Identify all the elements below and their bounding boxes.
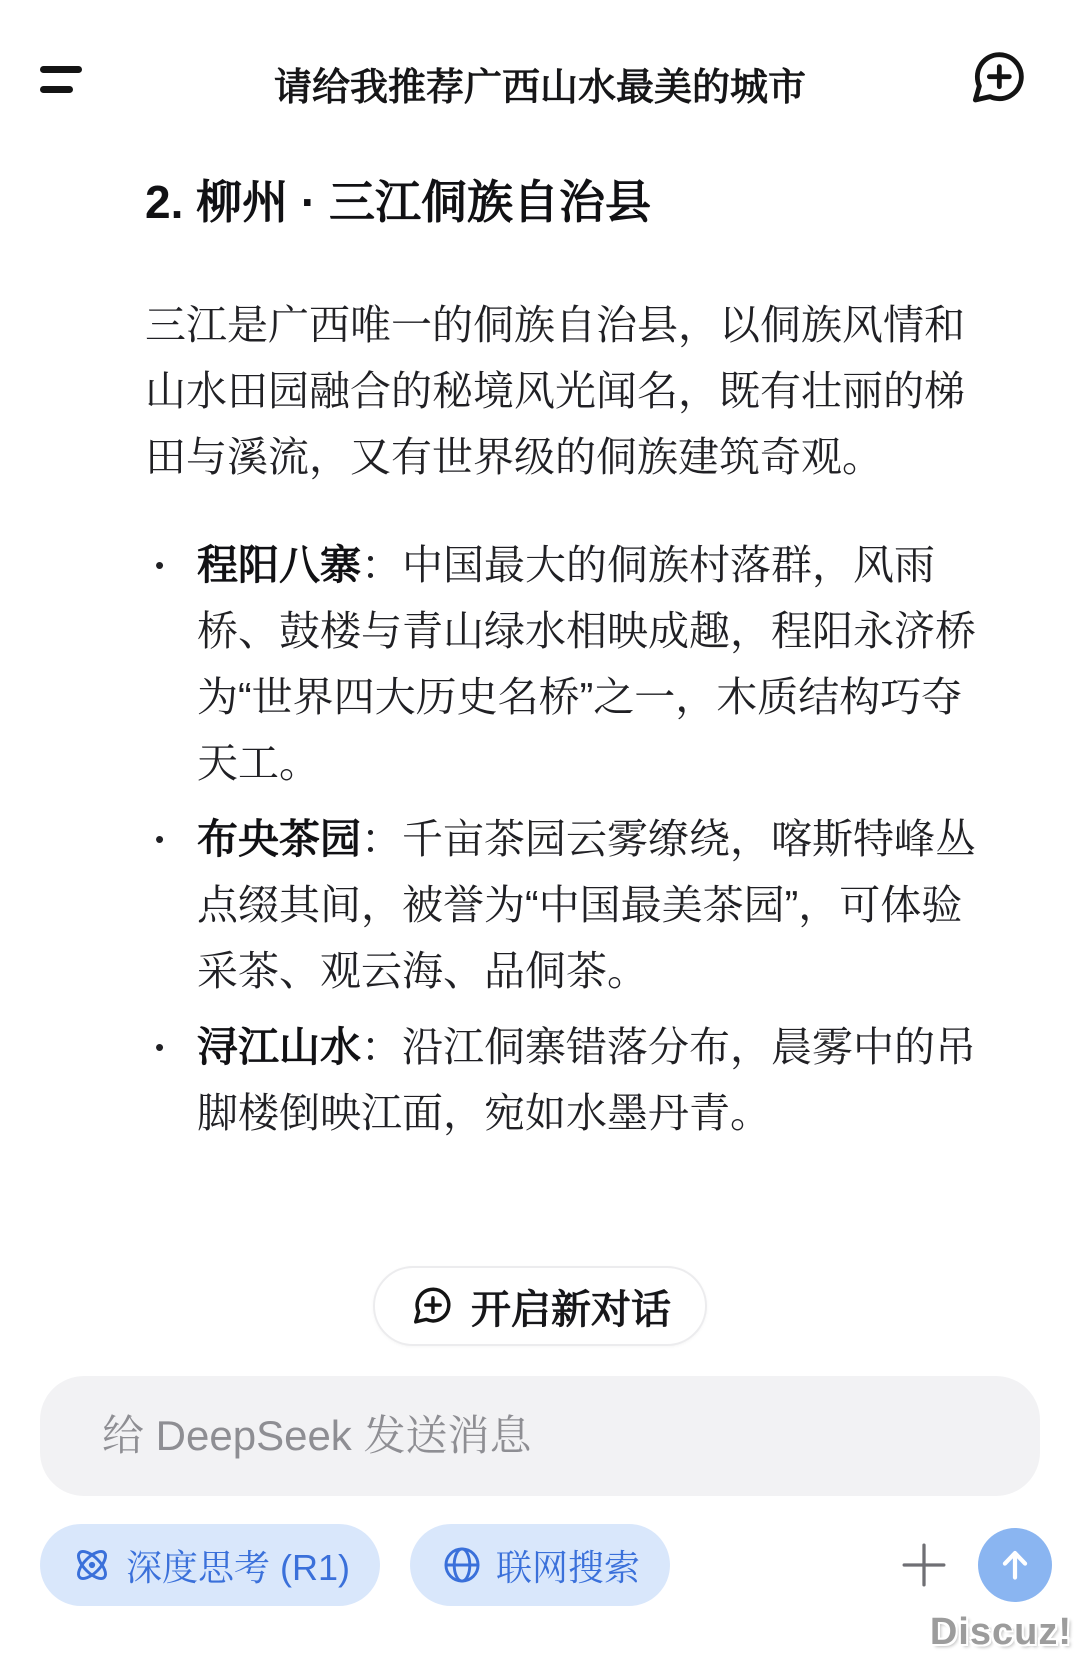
bullet-term: 浔江山水 [197,1024,361,1070]
chat-bubble-plus-icon [966,46,1030,110]
web-search-label: 联网搜索 [496,1540,640,1591]
menu-button[interactable] [40,62,100,108]
arrow-up-icon [992,1542,1038,1588]
assistant-message: 2. 柳州 · 三江侗族自治县 三江是广西唯一的侗族自治县，以侗族风情和山水田园… [0,0,1080,1146]
start-new-dialog-button[interactable]: 开启新对话 [373,1266,707,1346]
web-search-toggle[interactable]: 联网搜索 [410,1524,670,1606]
bullet-separator: ： [361,542,402,588]
list-item: 浔江山水：沿江侗寨错落分布，晨雾中的吊脚楼倒映江面，宛如水墨丹青。 [145,1014,985,1146]
deep-think-label: 深度思考 (R1) [126,1540,350,1591]
send-button[interactable] [978,1528,1052,1602]
new-dialog-label: 开启新对话 [471,1278,671,1335]
watermark: Discuz! [930,1611,1072,1654]
bullet-separator: ： [361,1024,402,1070]
list-item: 布央茶园：千亩茶园云雾缭绕，喀斯特峰丛点缀其间，被誉为“中国最美茶园”，可体验采… [145,806,985,1004]
chat-bubble-plus-icon [409,1283,455,1329]
new-chat-button[interactable] [966,46,1030,110]
bullet-term: 布央茶园 [197,816,361,862]
highlights-list: 程阳八寨：中国最大的侗族村落群，风雨桥、鼓楼与青山绿水相映成趣，程阳永济桥为“世… [145,532,985,1146]
composer-toolbar: 深度思考 (R1) 联网搜索 [40,1524,1052,1606]
hamburger-icon [40,66,82,73]
plus-icon [896,1537,952,1593]
globe-icon [440,1543,484,1587]
intro-paragraph: 三江是广西唯一的侗族自治县，以侗族风情和山水田园融合的秘境风光闻名，既有壮丽的梯… [145,292,985,490]
bullet-term: 程阳八寨 [197,542,361,588]
deepseek-chat-app: 请给我推荐广西山水最美的城市 2. 柳州 · 三江侗族自治县 三江是广西唯一的侗… [0,0,1080,1658]
conversation-title: 请给我推荐广西山水最美的城市 [274,56,806,111]
attach-button[interactable] [896,1537,952,1593]
deep-think-toggle[interactable]: 深度思考 (R1) [40,1524,380,1606]
hamburger-icon-bar2 [40,86,73,93]
atom-icon [70,1543,114,1587]
new-dialog-button-wrap: 开启新对话 [0,1266,1080,1346]
message-input[interactable] [40,1376,1040,1496]
section-heading: 2. 柳州 · 三江侗族自治县 [145,174,985,230]
bullet-separator: ： [361,816,402,862]
list-item: 程阳八寨：中国最大的侗族村落群，风雨桥、鼓楼与青山绿水相映成趣，程阳永济桥为“世… [145,532,985,796]
